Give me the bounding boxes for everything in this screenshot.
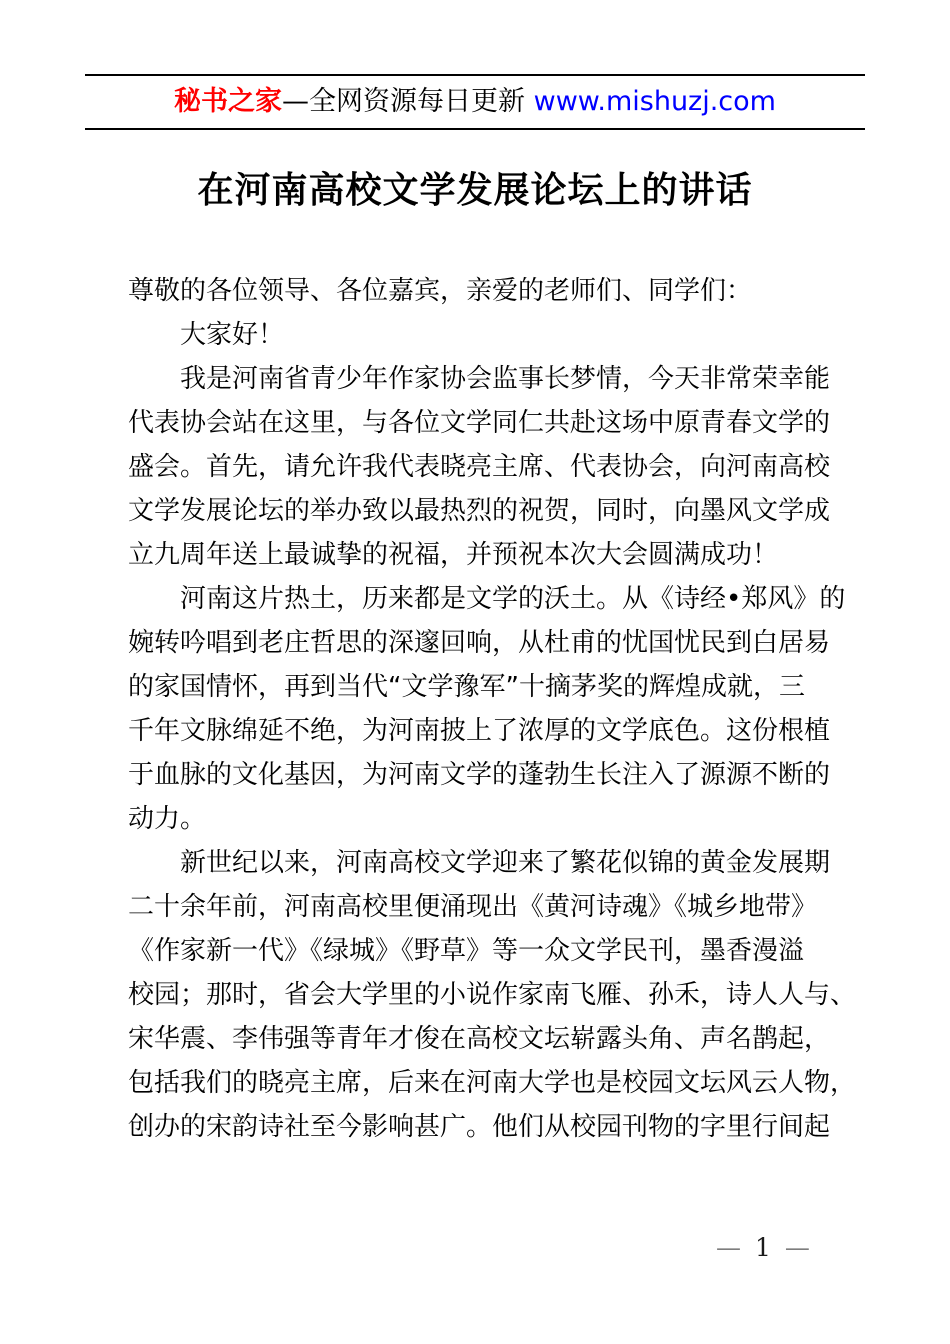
paragraph: 尊敬的各位领导、各位嘉宾，亲爱的老师们、同学们：	[128, 269, 832, 313]
text-line: 于血脉的文化基因，为河南文学的蓬勃生长注入了源源不断的	[128, 753, 832, 797]
paragraph: 大家好！	[128, 313, 832, 357]
text-line: 创办的宋韵诗社至今影响甚广。他们从校园刊物的字里行间起	[128, 1105, 832, 1149]
footer-left-dash: —	[716, 1233, 741, 1262]
paragraph: 河南这片热土，历来都是文学的沃土。从《诗经•郑风》的婉转吟唱到老庄哲思的深邃回响…	[128, 577, 832, 841]
text-line: 千年文脉绵延不绝，为河南披上了浓厚的文学底色。这份根植	[128, 709, 832, 753]
footer-right-dash: —	[785, 1233, 810, 1262]
text-line: 新世纪以来，河南高校文学迎来了繁花似锦的黄金发展期	[128, 841, 832, 885]
header-tagline: —全网资源每日更新	[282, 86, 534, 117]
text-line: 的家国情怀，再到当代“文学豫军”十摘茅奖的辉煌成就，三	[128, 665, 832, 709]
text-line: 大家好！	[128, 313, 832, 357]
text-line: 河南这片热土，历来都是文学的沃土。从《诗经•郑风》的	[128, 577, 832, 621]
page-footer: —1—	[716, 1233, 810, 1263]
text-line: 宋华震、李伟强等青年才俊在高校文坛崭露头角、声名鹊起，	[128, 1017, 832, 1061]
document-body: 尊敬的各位领导、各位嘉宾，亲爱的老师们、同学们： 大家好！ 我是河南省青少年作家…	[128, 269, 832, 1149]
page-number: 1	[741, 1233, 785, 1262]
document-title: 在河南高校文学发展论坛上的讲话	[0, 167, 950, 215]
watermark-header: 秘书之家—全网资源每日更新 www.mishuzj.com	[85, 74, 865, 130]
text-line: 《作家新一代》《绿城》《野草》等一众文学民刊，墨香漫溢	[128, 929, 832, 973]
site-url-link[interactable]: www.mishuzj.com	[534, 86, 776, 117]
text-line: 包括我们的晓亮主席，后来在河南大学也是校园文坛风云人物，	[128, 1061, 832, 1105]
text-line: 我是河南省青少年作家协会监事长梦情，今天非常荣幸能	[128, 357, 832, 401]
text-line: 盛会。首先，请允许我代表晓亮主席、代表协会，向河南高校	[128, 445, 832, 489]
paragraph: 新世纪以来，河南高校文学迎来了繁花似锦的黄金发展期二十余年前，河南高校里便涌现出…	[128, 841, 832, 1149]
paragraph: 我是河南省青少年作家协会监事长梦情，今天非常荣幸能代表协会站在这里，与各位文学同…	[128, 357, 832, 577]
text-line: 尊敬的各位领导、各位嘉宾，亲爱的老师们、同学们：	[128, 269, 832, 313]
text-line: 婉转吟唱到老庄哲思的深邃回响，从杜甫的忧国忧民到白居易	[128, 621, 832, 665]
text-line: 立九周年送上最诚挚的祝福，并预祝本次大会圆满成功！	[128, 533, 832, 577]
text-line: 代表协会站在这里，与各位文学同仁共赴这场中原青春文学的	[128, 401, 832, 445]
text-line: 校园；那时，省会大学里的小说作家南飞雁、孙禾，诗人人与、	[128, 973, 832, 1017]
text-line: 文学发展论坛的举办致以最热烈的祝贺，同时，向墨风文学成	[128, 489, 832, 533]
site-name: 秘书之家	[174, 86, 282, 117]
text-line: 动力。	[128, 797, 832, 841]
text-line: 二十余年前，河南高校里便涌现出《黄河诗魂》《城乡地带》	[128, 885, 832, 929]
